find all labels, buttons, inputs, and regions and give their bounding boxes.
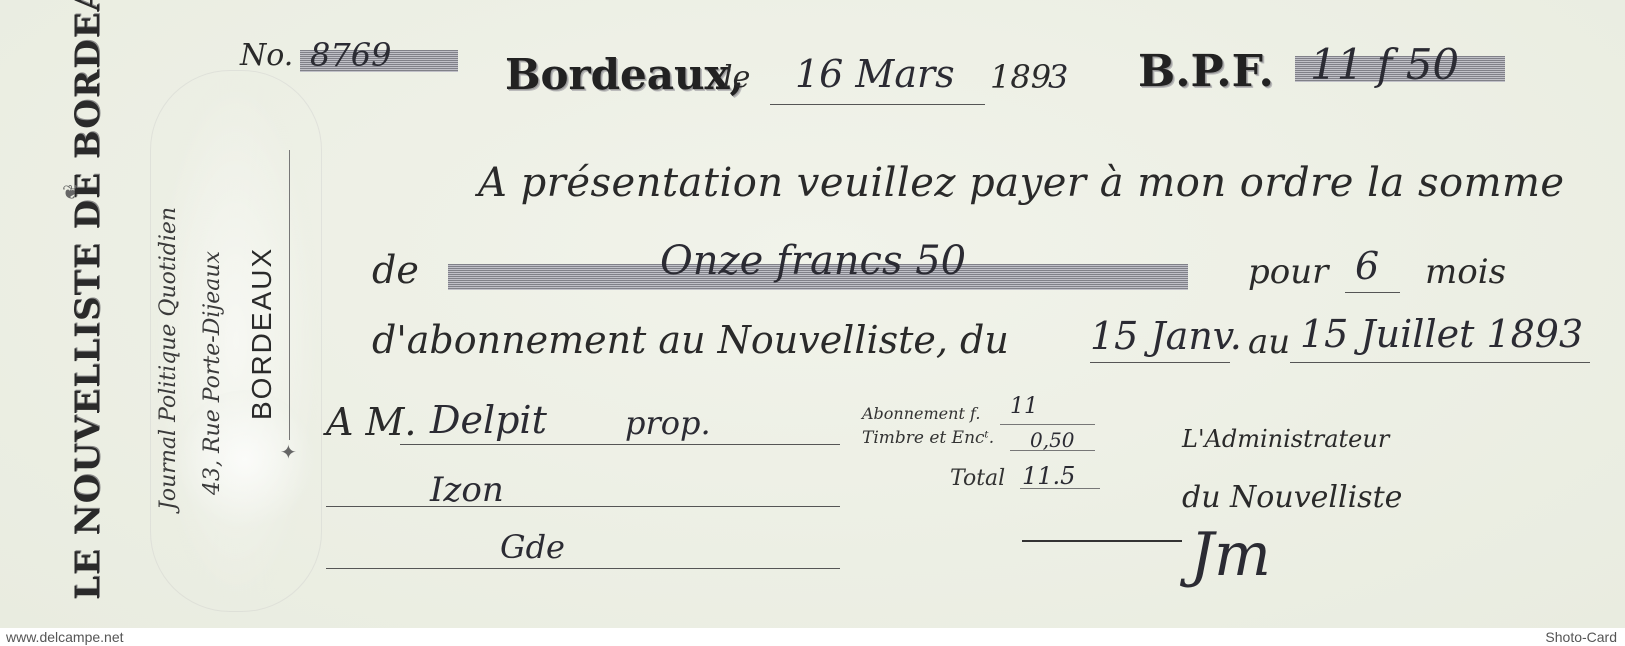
place-label: Bordeaux, [505, 50, 744, 99]
masthead-divider [289, 150, 290, 440]
subscription-text: d'abonnement au Nouvelliste, du [372, 318, 1009, 362]
cheque-number: 8769 [310, 36, 391, 74]
masthead-subtitle: Journal Politique Quotidien [156, 207, 181, 510]
masthead-city: BORDEAUX [246, 247, 278, 420]
payee-title: prop. [625, 404, 711, 442]
ornament-icon: ❦ [62, 180, 79, 204]
date-prefix: le [723, 60, 750, 95]
amount-figure: 11 f 50 [1310, 40, 1459, 89]
abonnement-line [1000, 424, 1095, 425]
department-line [326, 568, 840, 569]
source-credit: Shoto-Card [1545, 629, 1617, 645]
year-prefix: 189 [990, 58, 1051, 96]
bpf-label: B.P.F. [1138, 46, 1274, 97]
administrator-label: L'Administrateur [1182, 425, 1389, 453]
payee-line [400, 444, 840, 445]
timbre-label: Timbre et Encᵗ. [862, 428, 994, 448]
payee-name: Delpit [430, 398, 547, 442]
location-line [326, 506, 840, 507]
line2-prefix: de [372, 248, 419, 292]
from-date: 15 Janv. [1090, 314, 1242, 358]
footer-bar: www.delcampe.net Shoto-Card [0, 628, 1625, 646]
number-label: No. [240, 38, 293, 73]
amount-in-words: Onze francs 50 [660, 238, 966, 284]
payee-department: Gde [500, 528, 565, 566]
months-value: 6 [1355, 244, 1379, 288]
source-link[interactable]: www.delcampe.net [6, 629, 124, 645]
payee-location: Izon [430, 470, 504, 510]
signature-stroke [1022, 540, 1182, 542]
nouvelliste-label: du Nouvelliste [1182, 480, 1402, 515]
abonnement-label: Abonnement f. [862, 404, 980, 423]
signature: Jm [1190, 520, 1271, 590]
for-label: pour [1248, 252, 1328, 292]
payee-prefix: A M. [326, 400, 417, 444]
total-label: Total [950, 466, 1005, 491]
to-date: 15 Juillet 1893 [1300, 312, 1583, 356]
from-line [1090, 362, 1230, 363]
ornament-icon: ✦ [280, 440, 297, 464]
masthead-title: LE NOUVELLISTE DE BORDEAUX [68, 0, 108, 600]
abonnement-value: 11 [1010, 394, 1038, 419]
total-value: 11.5 [1022, 462, 1075, 490]
timbre-value: 0,50 [1030, 428, 1075, 452]
to-label: au [1248, 322, 1290, 362]
to-line [1290, 362, 1590, 363]
masthead-address: 43, Rue Porte-Dijeaux [200, 251, 225, 495]
year-digit: 3 [1048, 58, 1068, 96]
months-label: mois [1425, 252, 1506, 292]
date-line [770, 104, 985, 105]
payment-instruction: A présentation veuillez payer à mon ordr… [478, 160, 1565, 206]
cheque-document: LE NOUVELLISTE DE BORDEAUX Journal Polit… [0, 0, 1625, 628]
date-value: 16 Mars [795, 52, 955, 96]
months-line [1345, 292, 1400, 293]
